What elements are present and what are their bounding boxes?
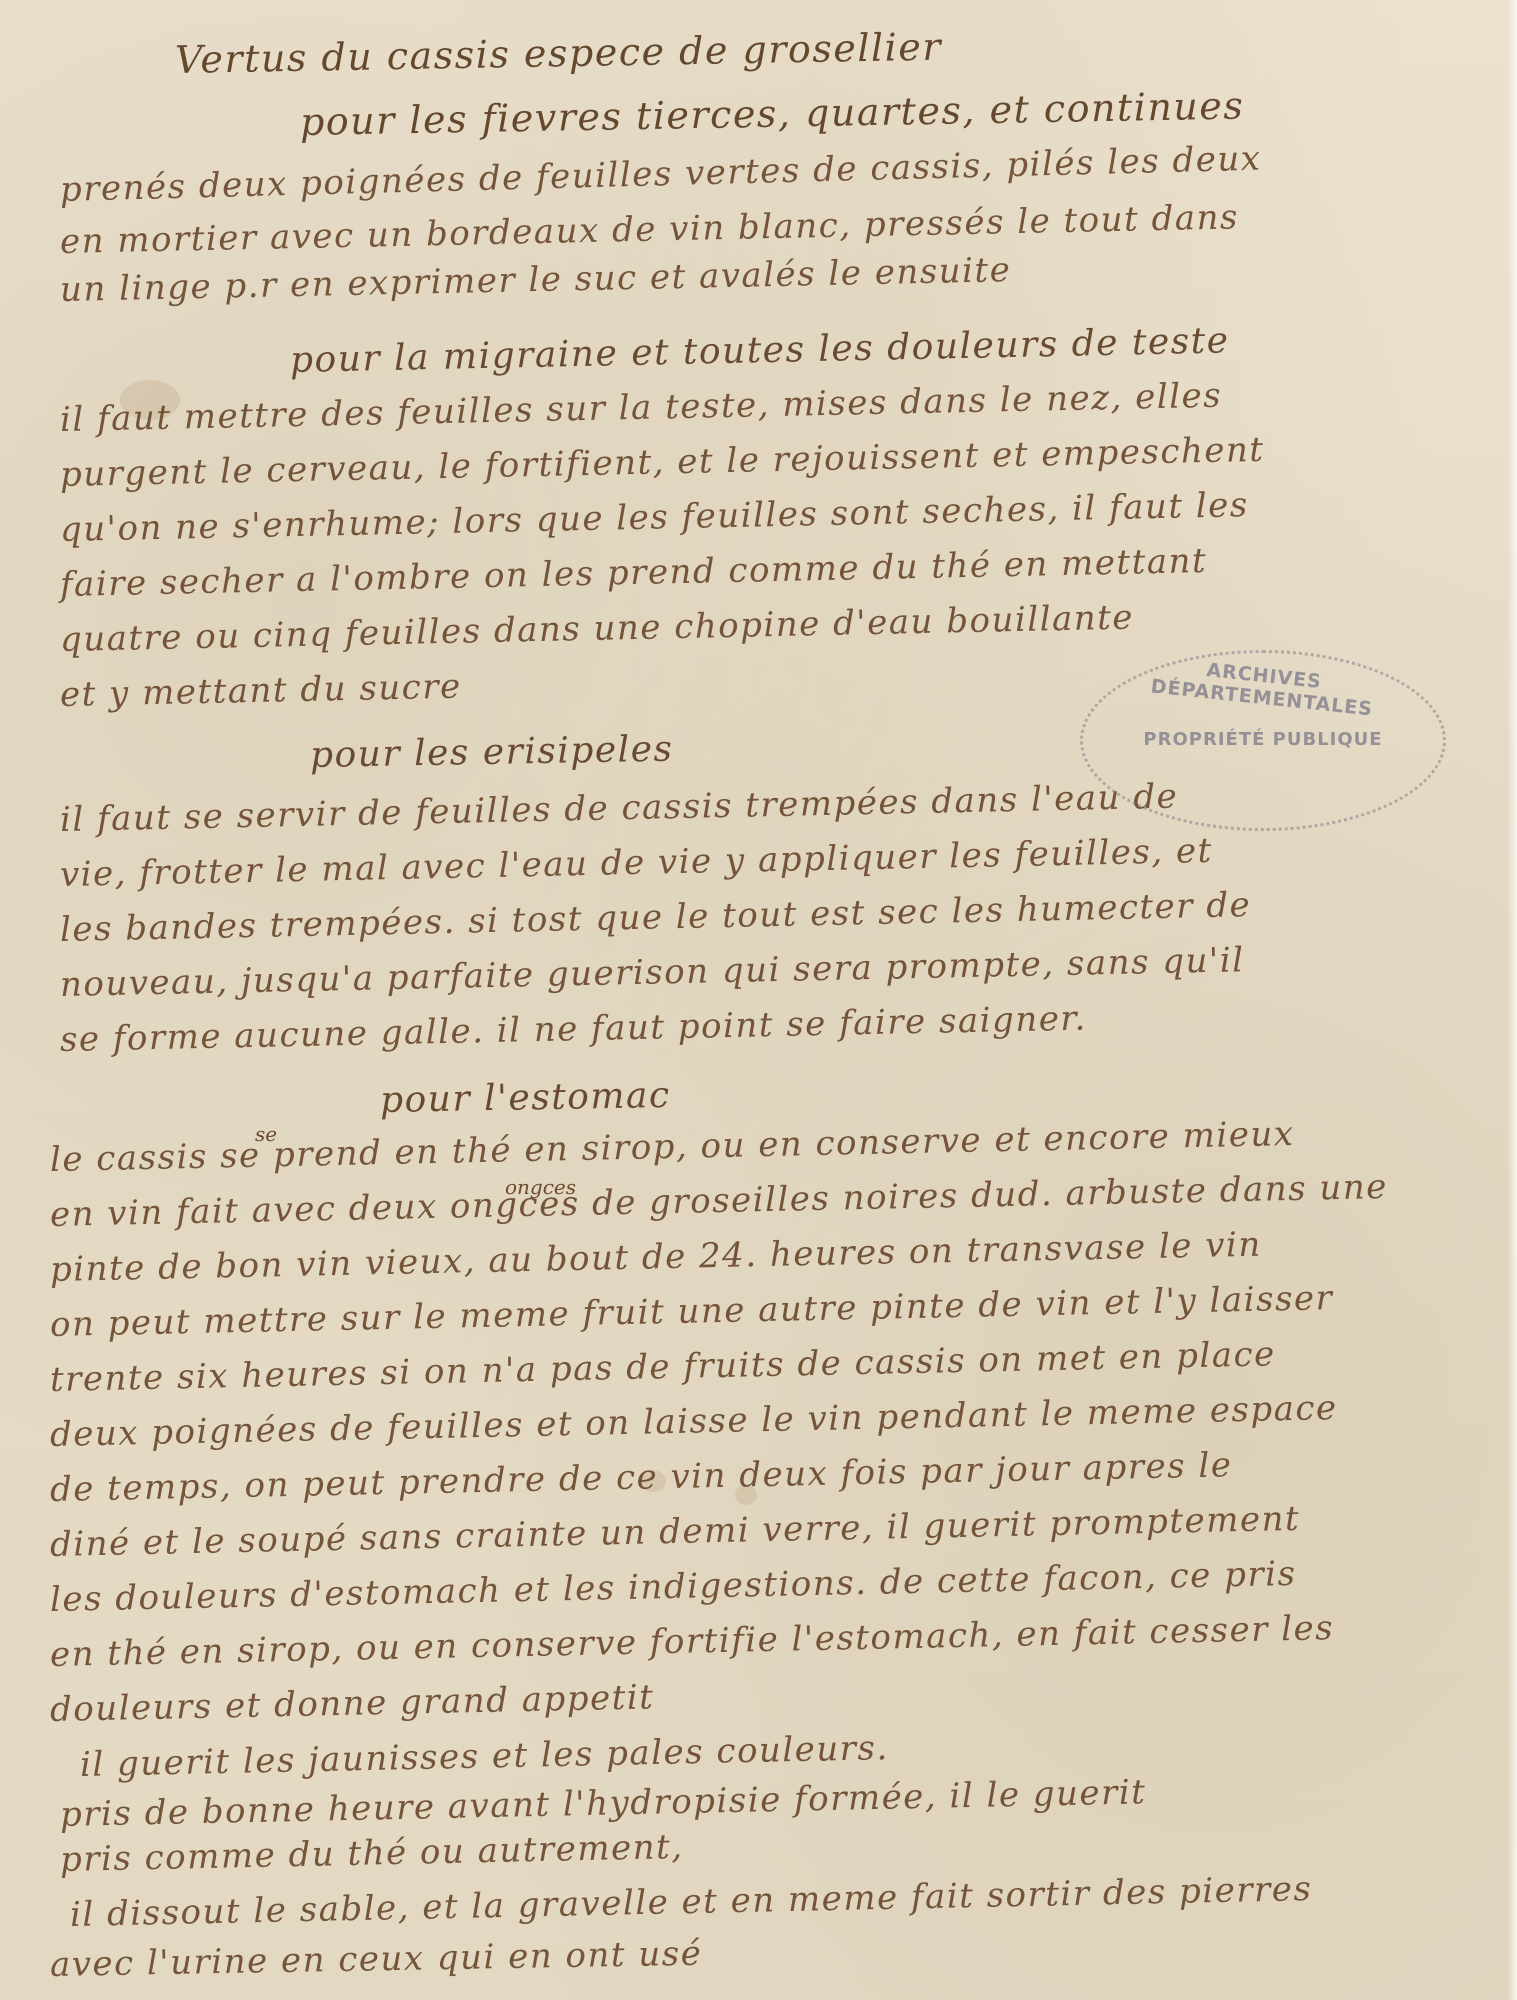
- text-line: il dissout le sable, et la gravelle et e…: [70, 1869, 1313, 1935]
- text-line: trente six heures si on n'a pas de fruit…: [50, 1334, 1277, 1400]
- stamp-line-propriete: PROPRIÉTÉ PUBLIQUE: [1083, 729, 1443, 750]
- text-line: le cassis se prend en thé en sirop, ou e…: [50, 1114, 1295, 1180]
- text-line: il faut mettre des feuilles sur la teste…: [60, 376, 1223, 440]
- text-line: de temps, on peut prendre de ce vin deux…: [50, 1445, 1233, 1510]
- text-line: en mortier avec un bordeaux de vin blanc…: [60, 197, 1240, 262]
- section-heading: pour l'estomac: [380, 1075, 671, 1121]
- text-line: il faut se servir de feuilles de cassis …: [60, 777, 1179, 840]
- text-line: purgent le cerveau, le fortifient, et le…: [60, 430, 1265, 495]
- text-line: un linge p.r en exprimer le suc et avalé…: [60, 250, 1012, 310]
- superscript-annotation: se: [255, 1122, 277, 1146]
- text-line: il guerit les jaunisses et les pales cou…: [80, 1728, 890, 1785]
- text-line: deux poignées de feuilles et on laisse l…: [50, 1388, 1338, 1455]
- section-heading: pour les erisipeles: [310, 729, 674, 776]
- text-line: on peut mettre sur le meme fruit une aut…: [50, 1278, 1334, 1345]
- title-line: pour les fievres tierces, quartes, et co…: [300, 84, 1245, 144]
- text-line: qu'on ne s'enrhume; lors que les feuille…: [60, 485, 1250, 550]
- archive-stamp: ARCHIVES DÉPARTEMENTALES PROPRIÉTÉ PUBLI…: [1080, 650, 1446, 831]
- section-heading: pour la migraine et toutes les douleurs …: [290, 320, 1230, 381]
- text-line: nouveau, jusqu'a parfaite guerison qui s…: [60, 940, 1245, 1005]
- text-line: et y mettant du sucre: [60, 667, 462, 715]
- text-line: quatre ou cinq feuilles dans une chopine…: [60, 598, 1135, 660]
- text-line: diné et le soupé sans crainte un demi ve…: [50, 1499, 1301, 1565]
- stamp-line-archives: ARCHIVES DÉPARTEMENTALES: [1121, 650, 1404, 723]
- title-line: Vertus du cassis espece de grosellier: [175, 25, 943, 82]
- text-line: les bandes trempées. si tost que le tout…: [60, 885, 1252, 950]
- manuscript-page: Vertus du cassis espece de grosellierpou…: [0, 0, 1517, 2000]
- superscript-annotation: ongces: [505, 1175, 576, 1199]
- text-line: avec l'urine en ceux qui en ont usé: [50, 1934, 703, 1985]
- text-line: douleurs et donne grand appetit: [50, 1677, 655, 1730]
- text-line: en thé en sirop, ou en conserve fortifie…: [50, 1608, 1335, 1675]
- text-line: en vin fait avec deux ongces de groseill…: [50, 1167, 1389, 1235]
- text-line: prenés deux poignées de feuilles vertes …: [59, 139, 1261, 210]
- text-line: pinte de bon vin vieux, au bout de 24. h…: [50, 1225, 1263, 1290]
- text-line: les douleurs d'estomach et les indigesti…: [50, 1554, 1297, 1620]
- text-line: faire secher a l'ombre on les prend comm…: [60, 541, 1208, 605]
- text-line: pris comme du thé ou autrement,: [60, 1827, 684, 1880]
- text-line: vie, frotter le mal avec l'eau de vie y …: [60, 831, 1214, 895]
- text-line: se forme aucune galle. il ne faut point …: [60, 998, 1087, 1059]
